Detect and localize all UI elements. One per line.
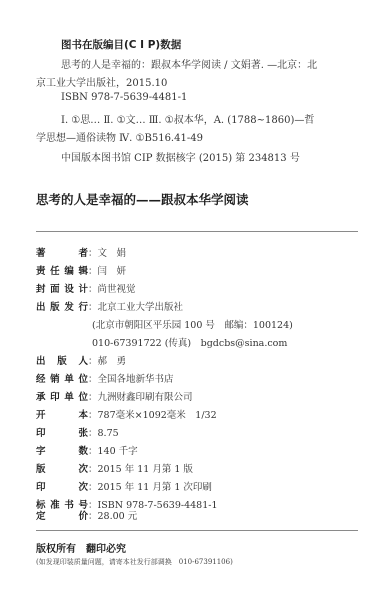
info-row-cover-design: 封面设计： 尚世视觉 xyxy=(36,281,136,295)
info-label: 出版发行 xyxy=(36,299,88,313)
info-value: 28.00 元 xyxy=(98,508,138,522)
info-value: 8.75 xyxy=(98,428,119,439)
info-label: 责任编辑 xyxy=(36,263,88,277)
info-label: 印张 xyxy=(36,425,88,439)
rights-note: (如发现印装质量问题，请寄本社发行部调换 010-67391106) xyxy=(36,557,233,567)
cip-isbn: ISBN 978-7-5639-4481-1 xyxy=(61,92,187,103)
cip-record-number: 中国版本图书馆 CIP 数据核字 (2015) 第 234813 号 xyxy=(61,149,300,164)
info-label: 版次 xyxy=(36,461,88,475)
info-value: 2015 年 11 月第 1 版 xyxy=(98,461,193,475)
publisher-address: (北京市朝阳区平乐园 100 号 邮编：100124) xyxy=(92,317,293,331)
info-value: 全国各地新华书店 xyxy=(98,371,174,385)
bottom-divider xyxy=(36,530,358,531)
cip-heading: 图书在版编目(C I P)数据 xyxy=(61,37,181,52)
info-row-distributor: 经销单位： 全国各地新华书店 xyxy=(36,371,174,385)
info-row-price: 定价： 28.00 元 xyxy=(36,508,137,522)
info-value: 闫 妍 xyxy=(98,263,127,277)
info-row-sheets: 印张： 8.75 xyxy=(36,425,119,439)
info-row-word-count: 字数： 140 千字 xyxy=(36,443,138,457)
info-label: 著者 xyxy=(36,245,88,259)
info-row-author: 著者： 文 娟 xyxy=(36,245,126,259)
info-value: 九洲财鑫印刷有限公司 xyxy=(98,389,193,403)
book-title: 思考的人是幸福的——跟叔本华学阅读 xyxy=(36,190,249,208)
cip-line-2: 京工业大学出版社，2015.10 xyxy=(36,74,167,89)
cip-line-1: 思考的人是幸福的：跟叔本华学阅读 / 文娟著. —北京：北 xyxy=(61,56,317,71)
info-row-publisher-person: 出版人： 郝 勇 xyxy=(36,353,126,367)
info-value: 787毫米×1092毫米 1/32 xyxy=(98,407,217,421)
info-value: 郝 勇 xyxy=(98,353,127,367)
info-value: 2015 年 11 月第 1 次印刷 xyxy=(98,479,212,493)
info-label: 开本 xyxy=(36,407,88,421)
info-label: 出版人 xyxy=(36,353,88,367)
info-label: 印次 xyxy=(36,479,88,493)
info-row-edition: 版次： 2015 年 11 月第 1 版 xyxy=(36,461,193,475)
info-row-editor: 责任编辑： 闫 妍 xyxy=(36,263,126,277)
cip-classification-2: 学思想—通俗读物 Ⅳ. ①B516.41-49 xyxy=(36,129,203,144)
info-value: 文 娟 xyxy=(98,245,127,259)
rights-statement: 版权所有 翻印必究 xyxy=(36,540,126,555)
info-value: 北京工业大学出版社 xyxy=(98,299,184,313)
info-row-printer: 承印单位： 九洲财鑫印刷有限公司 xyxy=(36,389,193,403)
title-divider xyxy=(36,231,358,232)
info-row-publisher: 出版发行： 北京工业大学出版社 xyxy=(36,299,183,313)
publisher-contact: 010-67391722 (传真) bgdcbs@sina.com xyxy=(92,335,287,349)
info-label: 承印单位 xyxy=(36,389,88,403)
info-value: 尚世视觉 xyxy=(98,281,136,295)
info-row-printing: 印次： 2015 年 11 月第 1 次印刷 xyxy=(36,479,212,493)
info-label: 经销单位 xyxy=(36,371,88,385)
info-label: 定价 xyxy=(36,508,88,522)
info-label: 字数 xyxy=(36,443,88,457)
info-label: 封面设计 xyxy=(36,281,88,295)
info-row-format: 开本： 787毫米×1092毫米 1/32 xyxy=(36,407,217,421)
cip-classification-1: Ⅰ. ①思… Ⅱ. ①文… Ⅲ. ①叔本华，A. (1788~1860)—哲 xyxy=(61,111,314,126)
info-value: 140 千字 xyxy=(98,443,138,457)
